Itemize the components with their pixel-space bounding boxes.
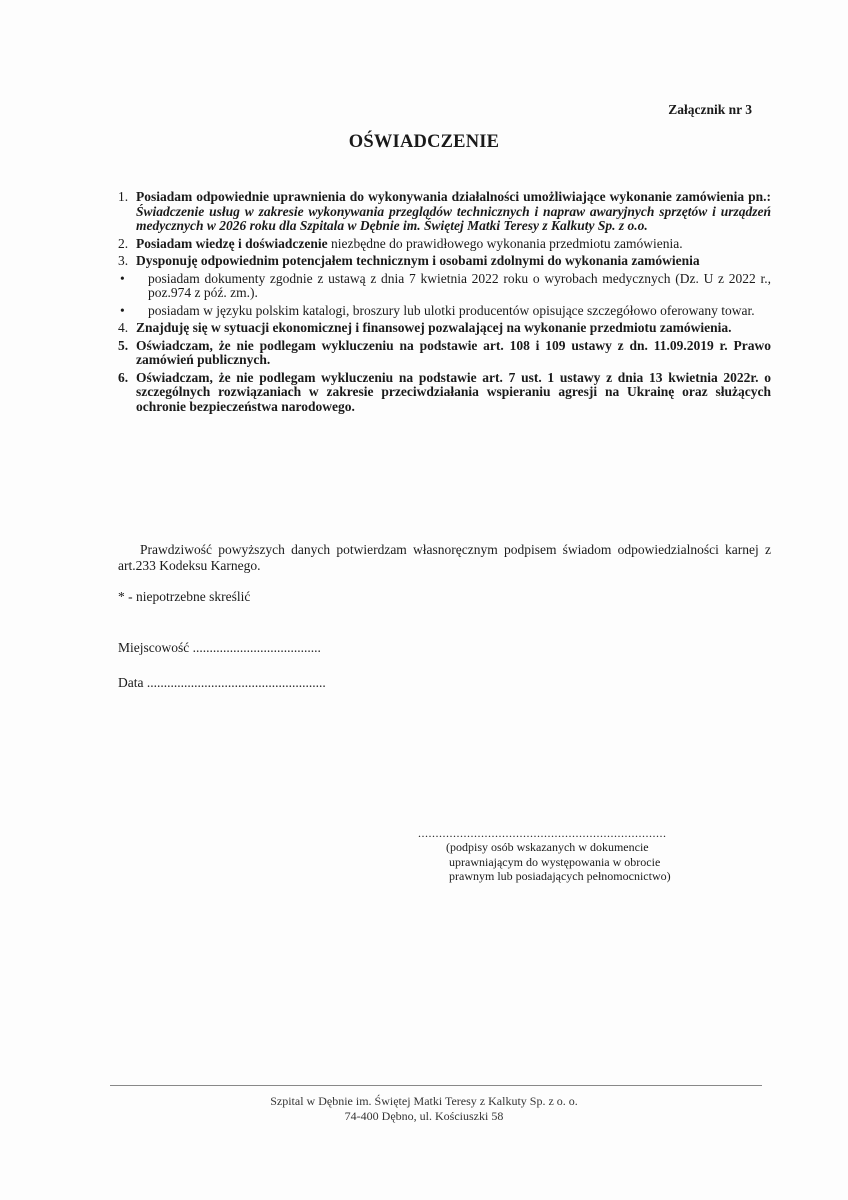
statement-item-1: 1. Posiadam odpowiednie uprawnienia do w… [118, 190, 771, 234]
place-field[interactable]: Miejscowość ............................… [118, 640, 321, 656]
item-number: 5. [118, 339, 128, 354]
document-title: OŚWIADCZENIE [0, 132, 848, 153]
footer: Szpital w Dębnie im. Świętej Matki Teres… [0, 1094, 848, 1123]
item-text-bold: Posiadam wiedzę i doświadczenie [136, 236, 328, 251]
place-label: Miejscowość [118, 640, 189, 655]
annex-label: Załącznik nr 3 [668, 102, 752, 118]
item-text-bold: Dysponuję odpowiednim potencjałem techni… [136, 253, 700, 268]
place-dots[interactable]: ...................................... [193, 640, 321, 655]
item-text-bold: Posiadam odpowiednie uprawnienia do wyko… [136, 189, 771, 204]
contract-name: Świadczenie usług w zakresie wykonywania… [136, 204, 771, 234]
bullet-icon: • [120, 272, 125, 287]
statement-item-3: 3. Dysponuję odpowiednim potencjałem tec… [118, 254, 771, 269]
footer-line-1: Szpital w Dębnie im. Świętej Matki Teres… [0, 1094, 848, 1109]
footnote: * - niepotrzebne skreślić [118, 589, 250, 605]
bullet-text: posiadam w języku polskim katalogi, bros… [148, 303, 755, 318]
item-text: niezbędne do prawidłowego wykonania prze… [331, 236, 683, 251]
item-number: 2. [118, 237, 128, 252]
signature-caption-line: uprawniającym do występowania w obrocie [446, 855, 671, 870]
signature-caption: (podpisy osób wskazanych w dokumencie up… [446, 840, 671, 884]
bullet-item-1: • posiadam dokumenty zgodnie z ustawą z … [118, 272, 771, 301]
item-number: 3. [118, 254, 128, 269]
confirmation-paragraph: Prawdziwość powyższych danych potwierdza… [118, 542, 771, 574]
date-field[interactable]: Data ...................................… [118, 675, 326, 691]
bullet-icon: • [120, 304, 125, 319]
footer-line-2: 74-400 Dębno, ul. Kościuszki 58 [0, 1109, 848, 1124]
bullet-text: posiadam dokumenty zgodnie z ustawą z dn… [148, 271, 771, 301]
date-label: Data [118, 675, 143, 690]
footer-divider [110, 1085, 762, 1086]
item-text-bold: Znajduję się w sytuacji ekonomicznej i f… [136, 320, 731, 335]
signature-caption-line: prawnym lub posiadających pełnomocnictwo… [446, 869, 671, 884]
item-text-bold: Oświadczam, że nie podlegam wykluczeniu … [136, 338, 771, 368]
item-number: 6. [118, 371, 128, 386]
document-page: Załącznik nr 3 OŚWIADCZENIE 1. Posiadam … [0, 0, 848, 1200]
statement-item-6: 6. Oświadczam, że nie podlegam wykluczen… [118, 371, 771, 415]
statement-item-2: 2. Posiadam wiedzę i doświadczenie niezb… [118, 237, 771, 252]
item-number: 1. [118, 190, 128, 205]
item-number: 4. [118, 321, 128, 336]
statement-list: 1. Posiadam odpowiednie uprawnienia do w… [118, 190, 771, 417]
date-dots[interactable]: ........................................… [147, 675, 326, 690]
signature-caption-line: (podpisy osób wskazanych w dokumencie [446, 840, 671, 855]
signature-line[interactable]: ........................................… [418, 826, 667, 841]
statement-item-5: 5. Oświadczam, że nie podlegam wykluczen… [118, 339, 771, 368]
statement-item-4: 4. Znajduję się w sytuacji ekonomicznej … [118, 321, 771, 336]
bullet-item-2: • posiadam w języku polskim katalogi, br… [118, 304, 771, 319]
item-text-bold: Oświadczam, że nie podlegam wykluczeniu … [136, 370, 771, 414]
